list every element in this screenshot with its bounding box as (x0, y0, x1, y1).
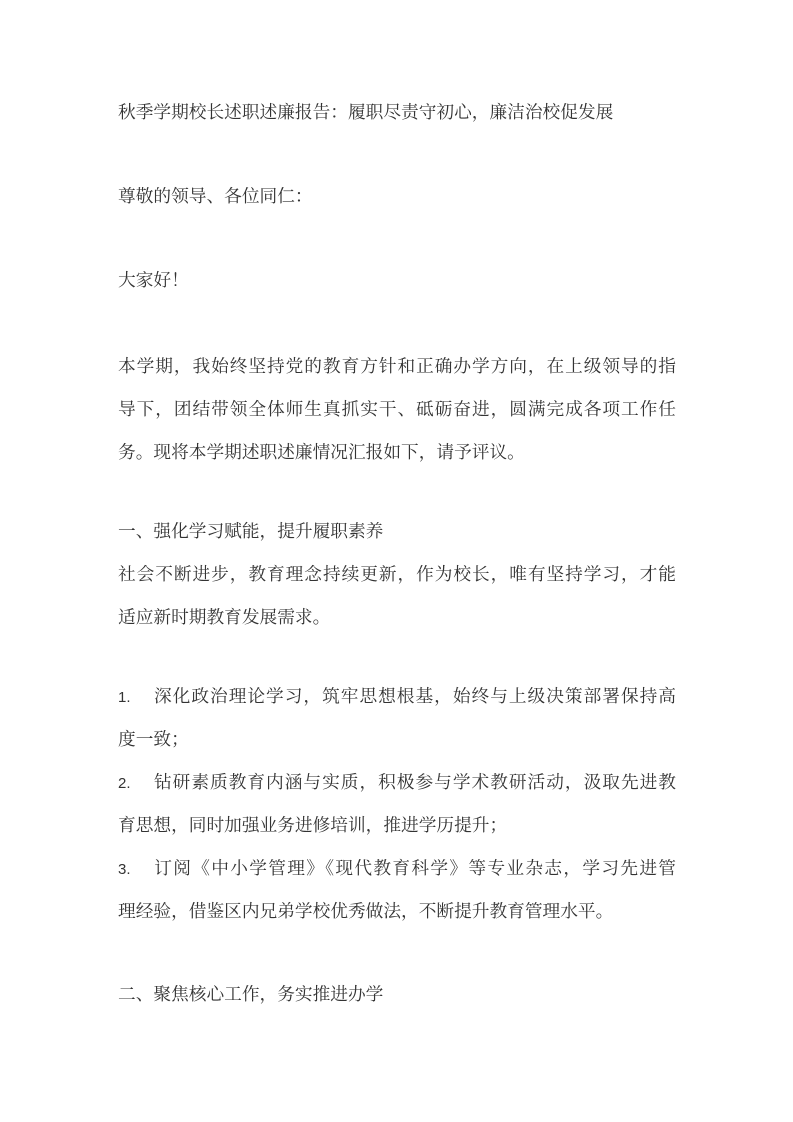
list-item-line: 2.钻研素质教育内涵与实质，积极参与学术教研活动，汲取先进教 (118, 761, 676, 804)
section1-body: 社会不断进步，教育理念持续更新，作为校长，唯有坚持学习，才能 适应新时期教育发展… (118, 553, 676, 639)
document-content: 秋季学期校长述职述廉报告：履职尽责守初心，廉洁治校促发展 尊敬的领导、各位同仁：… (0, 0, 793, 1016)
list-item-line: 3.订阅《中小学管理》《现代教育科学》等专业杂志，学习先进管 (118, 847, 676, 890)
section2-heading: 二、聚焦核心工作，务实推进办学 (118, 973, 676, 1016)
section1-body-line: 适应新时期教育发展需求。 (118, 596, 676, 639)
list-item-line: 度一致； (118, 718, 676, 761)
list-item-line: 育思想，同时加强业务进修培训，推进学历提升； (118, 804, 676, 847)
list-item: 2.钻研素质教育内涵与实质，积极参与学术教研活动，汲取先进教 育思想，同时加强业… (118, 761, 676, 847)
document-page: 秋季学期校长述职述廉报告：履职尽责守初心，廉洁治校促发展 尊敬的领导、各位同仁：… (0, 0, 793, 1122)
salutation-line: 大家好！ (118, 259, 676, 302)
numbered-list: 1.深化政治理论学习，筑牢思想根基，始终与上级决策部署保持高 度一致； 2.钻研… (118, 675, 676, 933)
list-item-text: 订阅《中小学管理》《现代教育科学》等专业杂志，学习先进管 (153, 858, 676, 878)
list-number: 1. (118, 676, 153, 718)
intro-line: 导下，团结带领全体师生真抓实干、砥砺奋进，圆满完成各项工作任 (118, 388, 676, 431)
intro-paragraph: 本学期，我始终坚持党的教育方针和正确办学方向，在上级领导的指 导下，团结带领全体… (118, 345, 676, 474)
section1-heading: 一、强化学习赋能，提升履职素养 (118, 510, 676, 553)
intro-line: 务。现将本学期述职述廉情况汇报如下，请予评议。 (118, 431, 676, 474)
list-item: 3.订阅《中小学管理》《现代教育科学》等专业杂志，学习先进管 理经验，借鉴区内兄… (118, 847, 676, 933)
list-number: 2. (118, 762, 153, 804)
list-item-line: 1.深化政治理论学习，筑牢思想根基，始终与上级决策部署保持高 (118, 675, 676, 718)
list-item-text: 深化政治理论学习，筑牢思想根基，始终与上级决策部署保持高 (153, 686, 676, 706)
doc-title: 秋季学期校长述职述廉报告：履职尽责守初心，廉洁治校促发展 (118, 91, 676, 134)
intro-line: 本学期，我始终坚持党的教育方针和正确办学方向，在上级领导的指 (118, 345, 676, 388)
list-item: 1.深化政治理论学习，筑牢思想根基，始终与上级决策部署保持高 度一致； (118, 675, 676, 761)
greeting-line: 尊敬的领导、各位同仁： (118, 175, 676, 218)
list-item-line: 理经验，借鉴区内兄弟学校优秀做法，不断提升教育管理水平。 (118, 890, 676, 933)
section1-body-line: 社会不断进步，教育理念持续更新，作为校长，唯有坚持学习，才能 (118, 553, 676, 596)
list-item-text: 钻研素质教育内涵与实质，积极参与学术教研活动，汲取先进教 (153, 772, 676, 792)
list-number: 3. (118, 848, 153, 890)
